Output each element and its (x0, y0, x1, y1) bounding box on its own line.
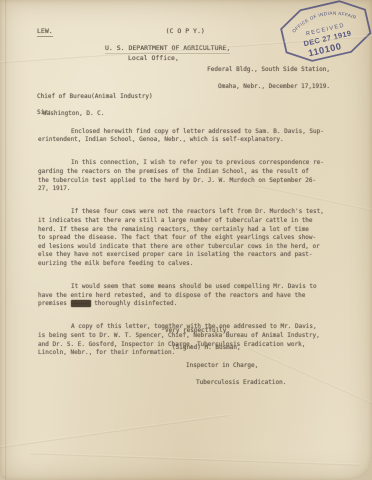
body-paragraph-4: It would seem that some means should be … (38, 283, 350, 309)
address-line: Federal Bldg., South Side Station, (207, 66, 330, 75)
body-paragraph-1: Enclosed herewith find copy of letter ad… (38, 128, 350, 145)
paper-crease (30, 452, 360, 466)
closing-title: Inspector in Charge, (165, 361, 286, 370)
closing-valediction: Very respectfully, (165, 326, 286, 335)
closing-block: Very respectfully, (Signed) H. Busman, I… (165, 317, 286, 396)
office-line: Local Office, (128, 54, 179, 63)
recipient-line-2: Washington, D. C. (37, 110, 153, 119)
department-name: U. S. DEPARTMENT OF AGRICULTURE, (105, 44, 230, 54)
copy-label: (C O P Y.) (166, 27, 205, 36)
closing-signature: (Signed) H. Busman, (165, 343, 286, 352)
paper-crease (0, 414, 229, 452)
paper-edge (5, 0, 7, 480)
closing-division: Tuberculosis Eradication. (165, 378, 286, 387)
body-paragraph-2: In this connection, I wish to refer you … (38, 159, 350, 193)
recipient-line-1: Chief of Bureau(Animal Industry) (37, 93, 153, 102)
paragraph-4-text-after: thoroughly disinfected. (91, 300, 178, 307)
salutation: Sir: (37, 109, 51, 118)
letterhead-address-block: Federal Bldg., South Side Station, Omaha… (207, 57, 330, 100)
body-paragraph-3: If these four cows were not the reactors… (38, 208, 350, 268)
date-line: Omaha, Nebr., December 17,1919. (207, 83, 330, 92)
ref-initials: LEW. (37, 27, 53, 37)
letter-page: OFFICE OF INDIAN AFFAIRS RECEIVED DEC 27… (0, 0, 372, 480)
struck-out-word: these (71, 300, 91, 307)
